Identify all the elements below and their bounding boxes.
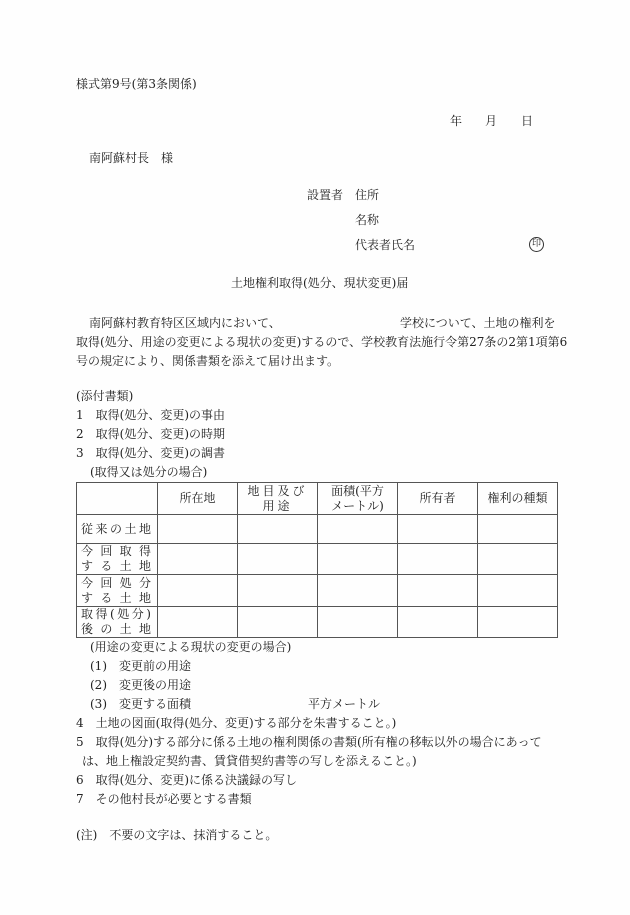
attachment-5b: は、地上権設定契約書、賃貸借契約書等の写しを添えること。) — [82, 754, 417, 768]
cell[interactable] — [318, 515, 398, 544]
addressee: 南阿蘇村長 様 — [89, 151, 173, 165]
attachment-7: 7 その他村長が必要とする書類 — [76, 792, 252, 806]
row-label-disposed-land: 今回処分 する土地 — [77, 575, 158, 607]
table-row: 今回処分 する土地 — [77, 575, 558, 607]
table-header-row: 所在地 地目及び 用途 面積(平方 メートル) 所有者 権利の種類 — [77, 483, 558, 515]
cell[interactable] — [158, 575, 238, 607]
change-heading: (用途の変更による現状の変更の場合) — [90, 640, 291, 654]
change-item-2: (2) 変更後の用途 — [90, 678, 191, 692]
cell[interactable] — [158, 515, 238, 544]
seal-icon: 印 — [529, 237, 544, 252]
change-item-3-unit: 平方メートル — [308, 697, 380, 711]
cell[interactable] — [478, 575, 558, 607]
cell[interactable] — [478, 544, 558, 575]
attachment-4: 4 土地の図面(取得(処分、変更)する部分を朱書すること。) — [76, 716, 396, 730]
form-number: 様式第9号(第3条関係) — [76, 77, 197, 91]
cell[interactable] — [158, 544, 238, 575]
attachment-5a: 5 取得(処分)する部分に係る土地の権利関係の書類(所有権の移転以外の場合にあっ… — [76, 735, 542, 749]
attachment-1: 1 取得(処分、変更)の事由 — [76, 408, 225, 422]
header-blank — [77, 483, 158, 515]
cell[interactable] — [238, 607, 318, 638]
date-day: 日 — [521, 114, 533, 128]
attachment-3-sub: (取得又は処分の場合) — [90, 465, 207, 479]
header-land-category-line1: 地目及び — [238, 484, 317, 499]
cell[interactable] — [318, 544, 398, 575]
cell[interactable] — [398, 515, 478, 544]
body-line1b: 学校について、土地の権利を — [400, 316, 556, 330]
body-line1a: 南阿蘇村教育特区区域内において、 — [89, 316, 281, 330]
cell[interactable] — [318, 607, 398, 638]
row-label-line2: 後の土地 — [81, 622, 153, 637]
header-right-type: 権利の種類 — [478, 483, 558, 515]
header-location: 所在地 — [158, 483, 238, 515]
attachment-2: 2 取得(処分、変更)の時期 — [76, 427, 225, 441]
cell[interactable] — [478, 607, 558, 638]
row-label-previous-land: 従来の土地 — [77, 515, 158, 544]
attachments-heading: (添付書類) — [76, 389, 133, 403]
change-item-1: (1) 変更前の用途 — [90, 659, 191, 673]
cell[interactable] — [398, 607, 478, 638]
row-label-line2: する土地 — [81, 591, 153, 606]
attachment-3: 3 取得(処分、変更)の調書 — [76, 446, 225, 460]
row-label-line2: する土地 — [81, 559, 153, 574]
table-row: 今回取得 する土地 — [77, 544, 558, 575]
header-land-category: 地目及び 用途 — [238, 483, 318, 515]
cell[interactable] — [478, 515, 558, 544]
cell[interactable] — [158, 607, 238, 638]
row-label-line1: 今回処分 — [81, 576, 153, 591]
cell[interactable] — [238, 515, 318, 544]
cell[interactable] — [318, 575, 398, 607]
change-item-3: (3) 変更する面積 — [90, 697, 191, 711]
cell[interactable] — [238, 544, 318, 575]
date-year: 年 — [450, 114, 462, 128]
name-label: 名称 — [355, 213, 379, 227]
header-area: 面積(平方 メートル) — [318, 483, 398, 515]
body-line3: 号の規定により、関係書類を添えて届け出ます。 — [76, 354, 339, 368]
table-row: 取得(処分) 後の土地 — [77, 607, 558, 638]
row-label-after-land: 取得(処分) 後の土地 — [77, 607, 158, 638]
land-table: 所在地 地目及び 用途 面積(平方 メートル) 所有者 権利の種類 従来の土地 … — [76, 482, 558, 638]
header-area-line1: 面積(平方 — [318, 484, 397, 499]
body-line2: 取得(処分、用途の変更による現状の変更)するので、学校教育法施行令第27条の2第… — [76, 335, 567, 349]
cell[interactable] — [238, 575, 318, 607]
document-title: 土地権利取得(処分、現状変更)届 — [231, 276, 408, 290]
header-land-category-line2: 用途 — [238, 499, 317, 514]
table-row: 従来の土地 — [77, 515, 558, 544]
note: (注) 不要の文字は、抹消すること。 — [76, 828, 277, 842]
attachment-6: 6 取得(処分、変更)に係る決議録の写し — [76, 773, 297, 787]
address-label: 住所 — [355, 188, 379, 202]
header-area-line2: メートル) — [318, 499, 397, 514]
row-label-acquired-land: 今回取得 する土地 — [77, 544, 158, 575]
representative-label: 代表者氏名 — [355, 238, 415, 252]
date-month: 月 — [485, 114, 497, 128]
row-label-line1: 今回取得 — [81, 544, 153, 559]
row-label-line1: 取得(処分) — [81, 607, 153, 622]
header-owner: 所有者 — [398, 483, 478, 515]
applicant-label: 設置者 — [307, 188, 343, 202]
cell[interactable] — [398, 575, 478, 607]
cell[interactable] — [398, 544, 478, 575]
